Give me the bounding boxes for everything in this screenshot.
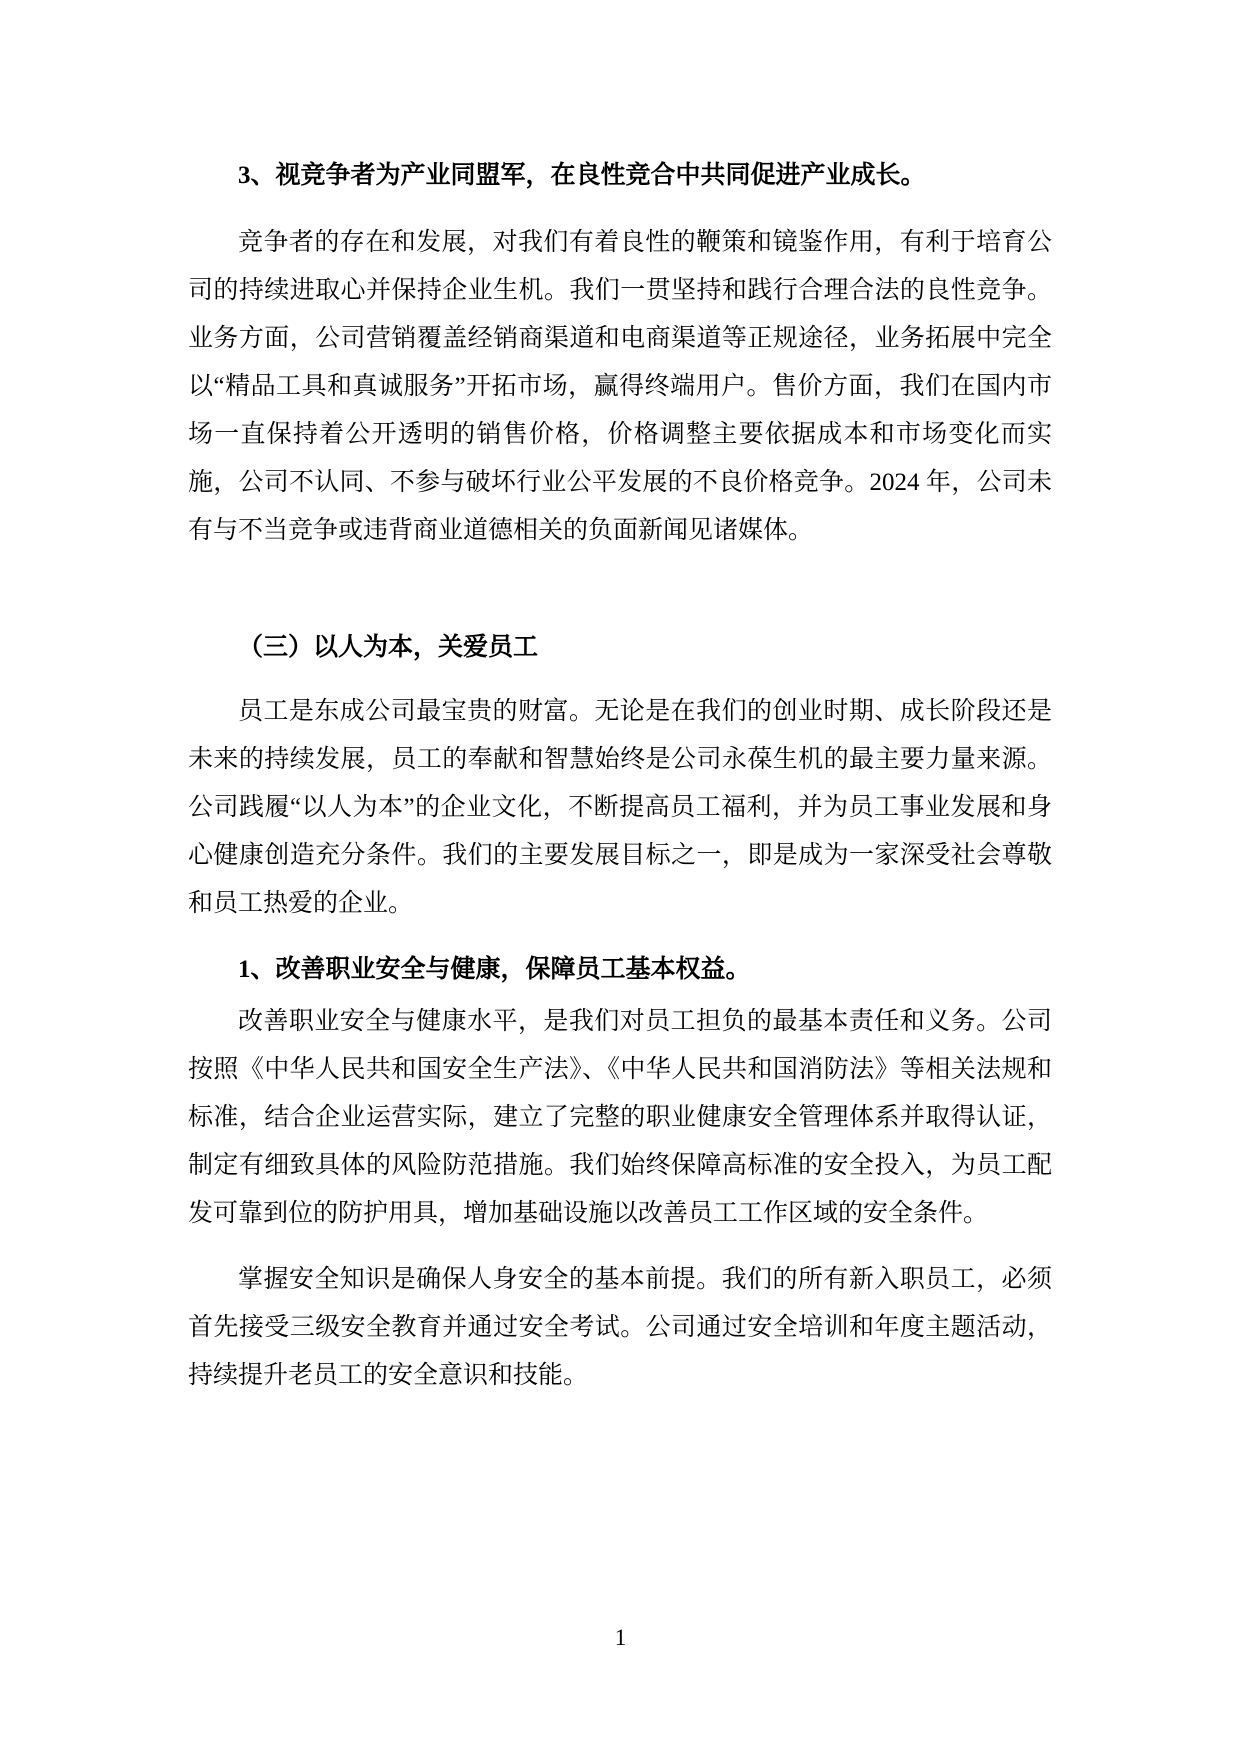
paragraph-employees-value: 员工是东成公司最宝贵的财富。无论是在我们的创业时期、成长阶段还是未来的持续发展，… [188,688,1052,928]
document-page: 3、视竞争者为产业同盟军，在良性竞合中共同促进产业成长。 竞争者的存在和发展，对… [0,0,1241,1754]
heading-occupational-safety: 1、改善职业安全与健康，保障员工基本权益。 [188,946,1052,994]
paragraph-safety-training: 掌握安全知识是确保人身安全的基本前提。我们的所有新入职员工，必须首先接受三级安全… [188,1256,1052,1400]
paragraph-fair-competition: 竞争者的存在和发展，对我们有着良性的鞭策和镜鉴作用，有利于培育公司的持续进取心并… [188,219,1052,555]
heading-people-oriented: （三）以人为本，关爱员工 [188,624,1052,672]
heading-competitors-alliance: 3、视竞争者为产业同盟军，在良性竞合中共同促进产业成长。 [188,152,1052,200]
page-number: 1 [0,1614,1241,1662]
paragraph-safety-management: 改善职业安全与健康水平，是我们对员工担负的最基本责任和义务。公司按照《中华人民共… [188,998,1052,1238]
